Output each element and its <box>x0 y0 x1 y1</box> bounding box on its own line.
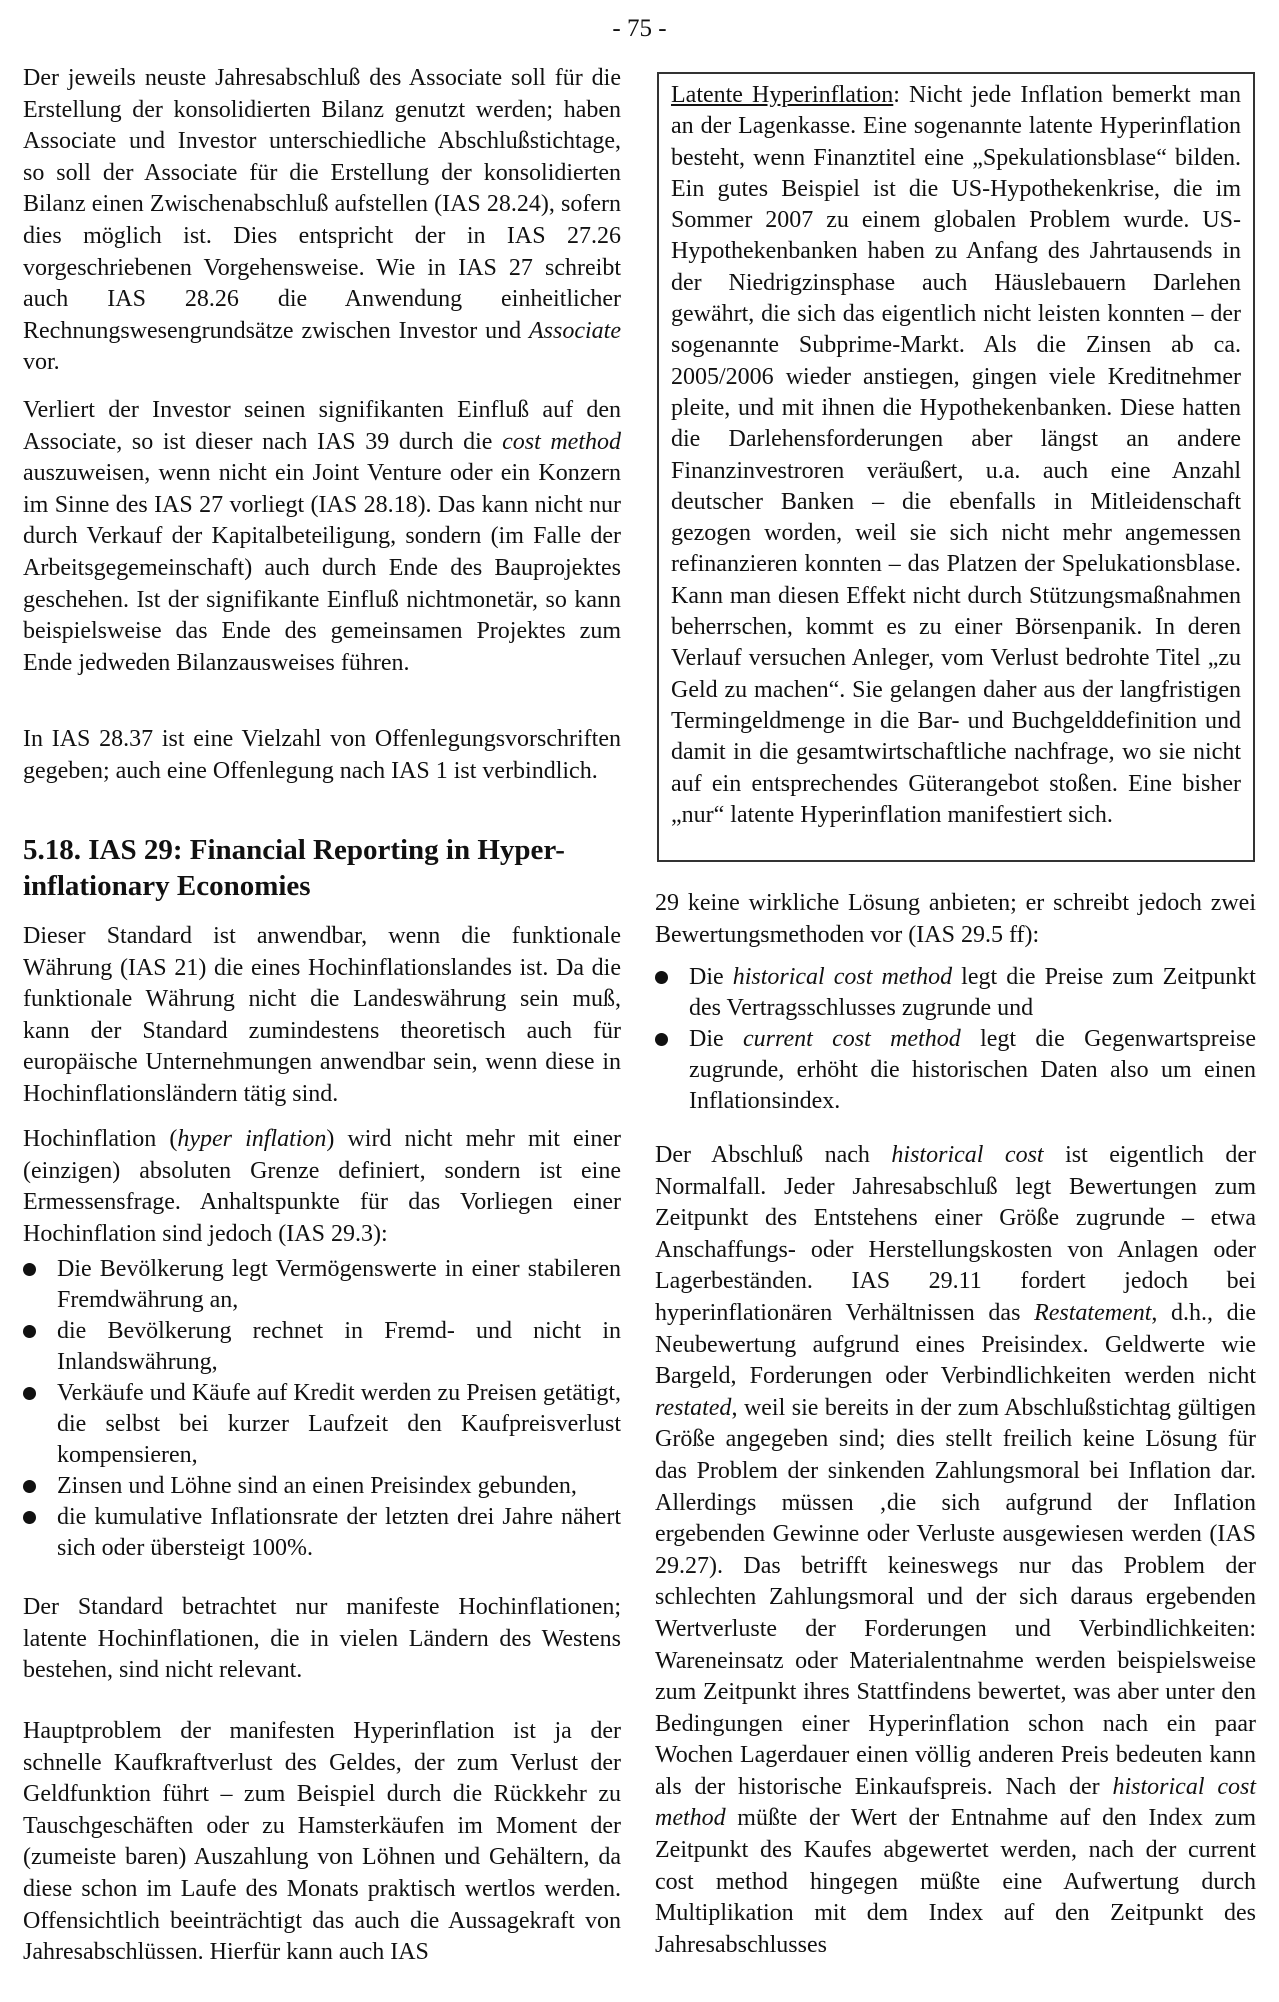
paragraph-ias29-loesung: 29 keine wirkliche Lösung anbieten; er s… <box>655 888 1256 951</box>
list-item: Die historical cost method legt die Prei… <box>655 962 1256 1024</box>
paragraph-text: , weil sie bereits in der zum Abschlußst… <box>655 1395 1256 1800</box>
list-item-text: Die Bevölkerung legt Vermögenswerte in e… <box>57 1256 621 1313</box>
hyperinflation-indicators-list: Die Bevölkerung legt Vermögenswerte in e… <box>23 1254 621 1564</box>
paragraph-text: Hauptproblem der manifesten Hyperinflati… <box>23 1716 621 1969</box>
list-item: die kumulative Inflationsrate der letzte… <box>23 1502 621 1564</box>
list-item-text: Die <box>689 964 733 990</box>
paragraph-offenlegung: In IAS 28.37 ist eine Vielzahl von Offen… <box>23 724 621 787</box>
paragraph-hochinflation: Hochinflation (hyper inflation) wird nic… <box>23 1124 621 1250</box>
list-item-text: Die <box>689 1026 743 1052</box>
bullet-icon <box>23 1387 36 1400</box>
paragraph-text: In IAS 28.37 ist eine Vielzahl von Offen… <box>23 724 621 787</box>
paragraph-text: Der Abschluß nach <box>655 1142 891 1168</box>
valuation-methods-list: Die historical cost method legt die Prei… <box>655 962 1256 1117</box>
list-item: die Bevölkerung rechnet in Fremd- und ni… <box>23 1316 621 1378</box>
italic-term: current cost method <box>743 1026 961 1052</box>
italic-term: hyper inflation <box>177 1126 326 1152</box>
paragraph-text: Hochinflation ( <box>23 1126 177 1152</box>
right-column: 29 keine wirkliche Lösung anbieten; er s… <box>655 0 1256 2002</box>
list-item: Zinsen und Löhne sind an einen Preisinde… <box>23 1471 621 1502</box>
list-item: Die Bevölkerung legt Vermögenswerte in e… <box>23 1254 621 1316</box>
heading-line: 5.18. IAS 29: Financial Reporting in Hyp… <box>23 832 621 868</box>
list-item: Die current cost method legt die Gegenwa… <box>655 1024 1256 1117</box>
list-item-text: die kumulative Inflationsrate der letzte… <box>57 1504 621 1561</box>
section-heading: 5.18. IAS 29: Financial Reporting in Hyp… <box>23 832 621 904</box>
paragraph-text: 29 keine wirkliche Lösung anbieten; er s… <box>655 888 1256 951</box>
bullet-icon <box>23 1480 36 1493</box>
list-item: Verkäufe und Käufe auf Kredit werden zu … <box>23 1378 621 1471</box>
italic-term: Associate <box>529 318 621 344</box>
italic-term: Restatement <box>1034 1300 1151 1326</box>
paragraph-text: Der jeweils neuste Jahresabschluß des As… <box>23 65 621 344</box>
paragraph-text: ist eigentlich der Normalfall. Jeder Jah… <box>655 1142 1256 1326</box>
list-item-text: die Bevölkerung rechnet in Fremd- und ni… <box>57 1318 621 1375</box>
list-item-text: Verkäufe und Käufe auf Kredit werden zu … <box>57 1380 621 1468</box>
paragraph-text: vor. <box>23 349 60 375</box>
paragraph-text: müßte der Wert der Entnahme auf den Inde… <box>655 1805 1256 1957</box>
paragraph-verliert-investor: Verliert der Investor seinen signifikant… <box>23 395 621 679</box>
left-column: Der jeweils neuste Jahresabschluß des As… <box>23 0 621 2002</box>
paragraph-standard-anwendbar: Dieser Standard ist anwendbar, wenn die … <box>23 921 621 1111</box>
italic-term: cost method <box>502 429 621 455</box>
bullet-icon <box>655 971 668 984</box>
bullet-icon <box>23 1511 36 1524</box>
italic-term: historical cost <box>891 1142 1043 1168</box>
bullet-icon <box>23 1325 36 1338</box>
paragraph-abschluss-historical-cost: Der Abschluß nach historical cost ist ei… <box>655 1140 1256 1961</box>
paragraph-associate-abschluss: Der jeweils neuste Jahresabschluß des As… <box>23 63 621 379</box>
bullet-icon <box>23 1263 36 1276</box>
bullet-icon <box>655 1033 668 1046</box>
heading-line: inflationary Economies <box>23 868 621 904</box>
paragraph-text: Der Standard betrachtet nur manifeste Ho… <box>23 1592 621 1687</box>
italic-term: historical cost method <box>733 964 952 990</box>
list-item-text: Zinsen und Löhne sind an einen Preisinde… <box>57 1473 577 1499</box>
paragraph-text: auszuweisen, wenn nicht ein Joint Ventur… <box>23 460 621 676</box>
paragraph-text: Dieser Standard ist anwendbar, wenn die … <box>23 921 621 1111</box>
italic-term: restated <box>655 1395 731 1421</box>
paragraph-manifeste-hochinflation: Der Standard betrachtet nur manifeste Ho… <box>23 1592 621 1687</box>
paragraph-hauptproblem: Hauptproblem der manifesten Hyperinflati… <box>23 1716 621 1969</box>
